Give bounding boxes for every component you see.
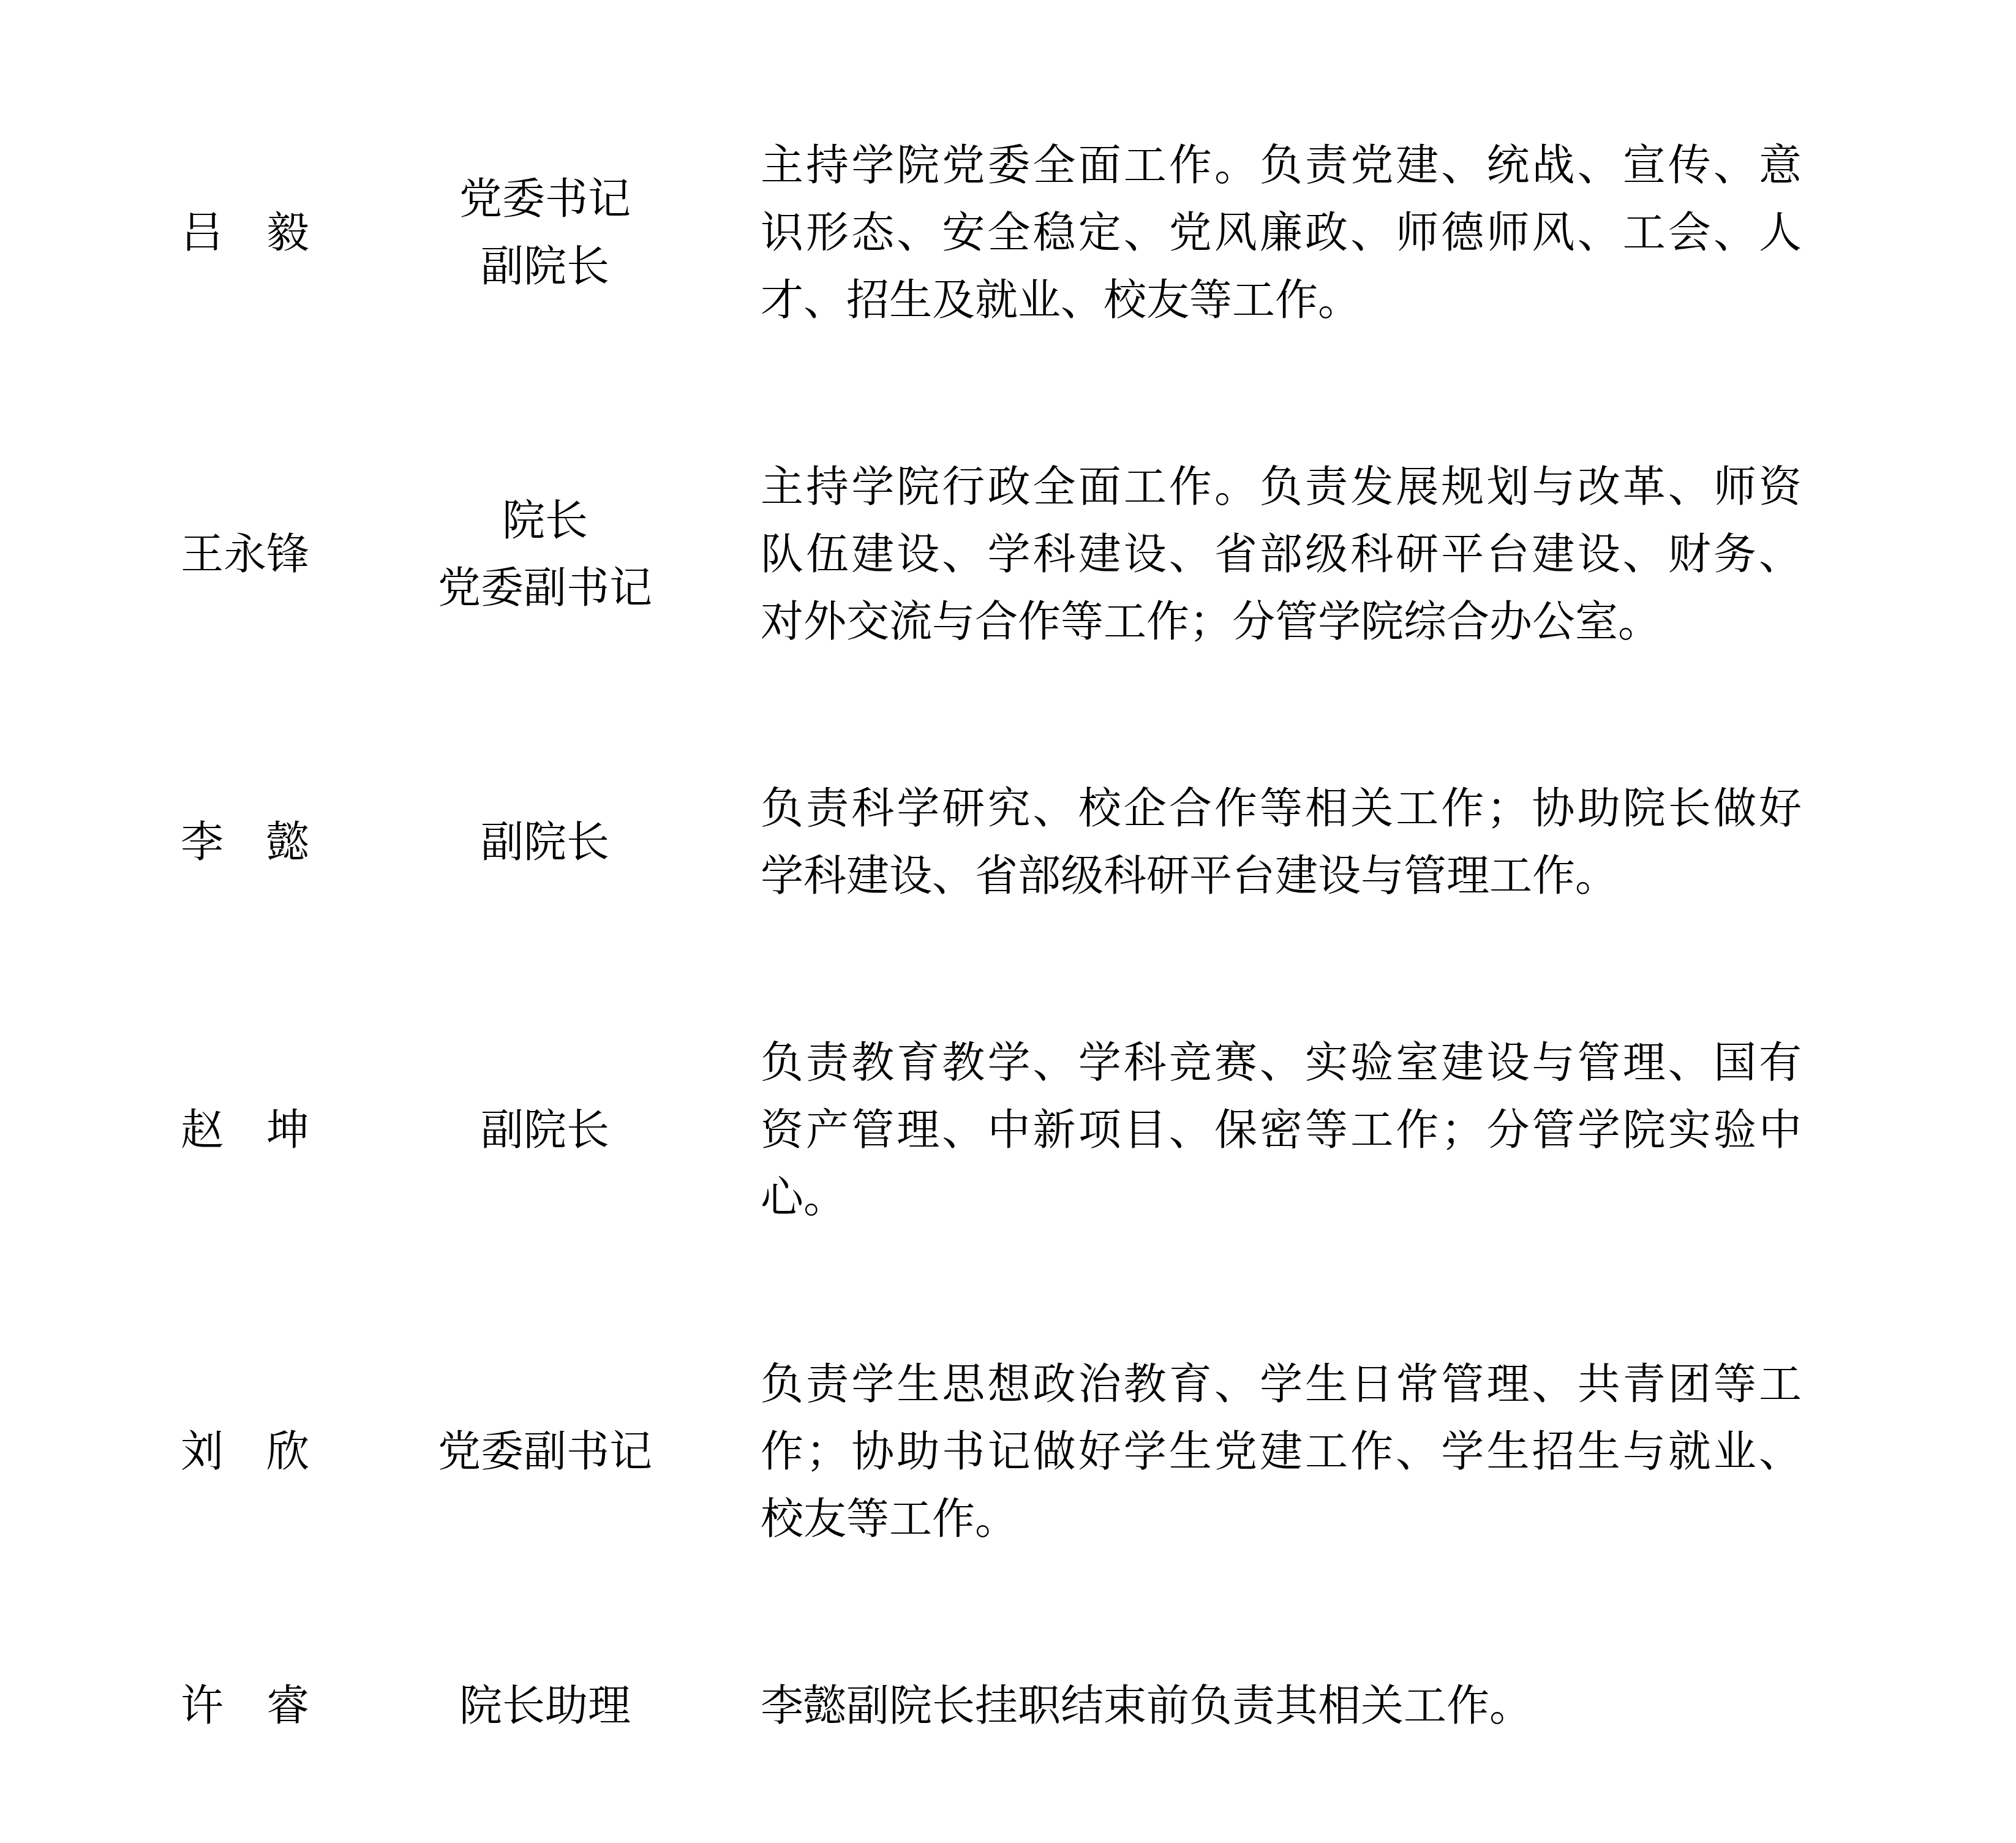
duty-line: 校友等工作。 bbox=[761, 1487, 1802, 1554]
table-row: 刘 欣 党委副书记 负责学生思想政治教育、学生日常管理、共青团等工作；协助书记做… bbox=[0, 1352, 2016, 1554]
duty-line: 队伍建设、学科建设、省部级科研平台建设、财务、 bbox=[761, 522, 1802, 589]
title-line: 党委副书记 bbox=[398, 1419, 692, 1487]
title-line: 副院长 bbox=[398, 1098, 692, 1165]
leader-title: 党委副书记 bbox=[398, 1419, 692, 1487]
title-line: 副院长 bbox=[398, 234, 692, 301]
leader-title: 院长党委副书记 bbox=[398, 488, 692, 623]
leader-name: 许 睿 bbox=[178, 1673, 312, 1741]
table-row: 李 懿 副院长 负责科学研究、校企合作等相关工作；协助院长做好学科建设、省部级科… bbox=[0, 776, 2016, 911]
leader-title: 副院长 bbox=[398, 810, 692, 877]
leader-duties: 李懿副院长挂职结束前负责其相关工作。 bbox=[761, 1673, 1802, 1741]
table-row: 王永锋 院长党委副书记 主持学院行政全面工作。负责发展规划与改革、师资队伍建设、… bbox=[0, 454, 2016, 657]
duty-line: 识形态、安全稳定、党风廉政、师德师风、工会、人 bbox=[761, 200, 1802, 268]
leader-duties: 主持学院党委全面工作。负责党建、统战、宣传、意识形态、安全稳定、党风廉政、师德师… bbox=[761, 133, 1802, 335]
duty-line: 负责学生思想政治教育、学生日常管理、共青团等工 bbox=[761, 1352, 1802, 1419]
leader-name: 王永锋 bbox=[178, 522, 312, 589]
duty-line: 作；协助书记做好学生党建工作、学生招生与就业、 bbox=[761, 1419, 1802, 1487]
table-row: 许 睿 院长助理 李懿副院长挂职结束前负责其相关工作。 bbox=[0, 1673, 2016, 1741]
duty-line: 李懿副院长挂职结束前负责其相关工作。 bbox=[761, 1673, 1802, 1741]
leader-title: 党委书记副院长 bbox=[398, 167, 692, 301]
duty-line: 负责科学研究、校企合作等相关工作；协助院长做好 bbox=[761, 776, 1802, 843]
title-line: 党委书记 bbox=[398, 167, 692, 234]
leader-name: 刘 欣 bbox=[178, 1419, 312, 1487]
title-line: 院长助理 bbox=[398, 1673, 692, 1741]
leader-duties: 负责教育教学、学科竞赛、实验室建设与管理、国有资产管理、中新项目、保密等工作；分… bbox=[761, 1030, 1802, 1232]
duty-line: 主持学院行政全面工作。负责发展规划与改革、师资 bbox=[761, 454, 1802, 522]
leader-title: 院长助理 bbox=[398, 1673, 692, 1741]
leader-name: 李 懿 bbox=[178, 810, 312, 877]
table-row: 赵 坤 副院长 负责教育教学、学科竞赛、实验室建设与管理、国有资产管理、中新项目… bbox=[0, 1030, 2016, 1232]
leader-name: 赵 坤 bbox=[178, 1098, 312, 1165]
leader-title: 副院长 bbox=[398, 1098, 692, 1165]
duty-line: 对外交流与合作等工作；分管学院综合办公室。 bbox=[761, 589, 1802, 657]
duty-line: 资产管理、中新项目、保密等工作；分管学院实验中 bbox=[761, 1098, 1802, 1165]
title-line: 副院长 bbox=[398, 810, 692, 877]
duty-line: 才、招生及就业、校友等工作。 bbox=[761, 268, 1802, 335]
leader-duties: 负责学生思想政治教育、学生日常管理、共青团等工作；协助书记做好学生党建工作、学生… bbox=[761, 1352, 1802, 1554]
title-line: 党委副书记 bbox=[398, 556, 692, 623]
leader-duties: 负责科学研究、校企合作等相关工作；协助院长做好学科建设、省部级科研平台建设与管理… bbox=[761, 776, 1802, 911]
leader-duties: 主持学院行政全面工作。负责发展规划与改革、师资队伍建设、学科建设、省部级科研平台… bbox=[761, 454, 1802, 657]
table-row: 吕 毅 党委书记副院长 主持学院党委全面工作。负责党建、统战、宣传、意识形态、安… bbox=[0, 133, 2016, 335]
title-line: 院长 bbox=[398, 488, 692, 556]
leader-name: 吕 毅 bbox=[178, 200, 312, 268]
duty-line: 学科建设、省部级科研平台建设与管理工作。 bbox=[761, 843, 1802, 911]
leadership-table: 吕 毅 党委书记副院长 主持学院党委全面工作。负责党建、统战、宣传、意识形态、安… bbox=[0, 0, 2016, 1741]
duty-line: 心。 bbox=[761, 1165, 1802, 1232]
document-page: 吕 毅 党委书记副院长 主持学院党委全面工作。负责党建、统战、宣传、意识形态、安… bbox=[0, 0, 2016, 1843]
duty-line: 主持学院党委全面工作。负责党建、统战、宣传、意 bbox=[761, 133, 1802, 200]
duty-line: 负责教育教学、学科竞赛、实验室建设与管理、国有 bbox=[761, 1030, 1802, 1098]
